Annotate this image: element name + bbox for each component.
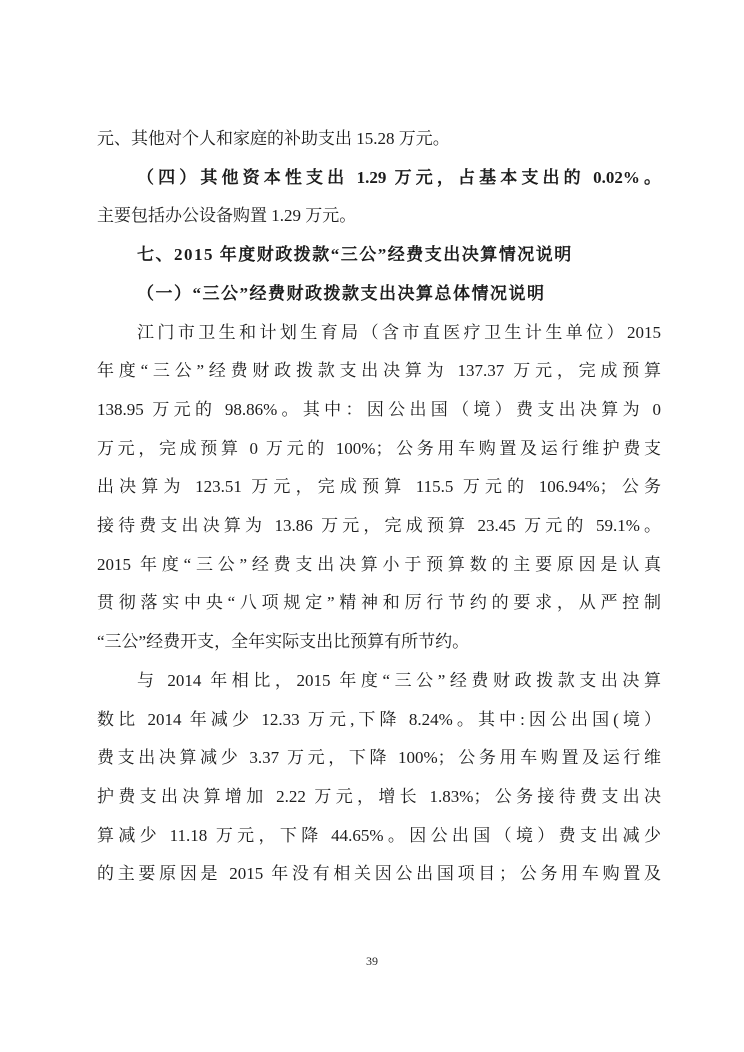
paragraph-line: 的主要原因是 2015 年没有相关因公出国项目；公务用车购置及 <box>97 855 661 894</box>
paragraph-line: 主要包括办公设备购置 1.29 万元。 <box>97 197 661 236</box>
subsection-heading-overall-situation: （一）“三公”经费财政拨款支出决算总体情况说明 <box>97 275 661 314</box>
page-number: 39 <box>0 951 744 971</box>
paragraph-line: 接待费支出决算为 13.86 万元，完成预算 23.45 万元的 59.1%。 <box>97 507 661 546</box>
paragraph-line: “三公”经费开支，全年实际支出比预算有所节约。 <box>97 623 661 662</box>
section-heading-three-public-funds: 七、2015 年度财政拨款“三公”经费支出决算情况说明 <box>97 236 661 275</box>
paragraph-line: 护费支出决算增加 2.22 万元，增长 1.83%；公务接待费支出决 <box>97 778 661 817</box>
paragraph-line: 万元，完成预算 0 万元的 100%；公务用车购置及运行维护费支 <box>97 430 661 469</box>
paragraph-line: 元、其他对个人和家庭的补助支出 15.28 万元。 <box>97 120 661 159</box>
paragraph-line: 算减少 11.18 万元，下降 44.65%。因公出国（境）费支出减少 <box>97 817 661 856</box>
paragraph-line: 费支出决算减少 3.37 万元，下降 100%；公务用车购置及运行维 <box>97 739 661 778</box>
paragraph-line: 出决算为 123.51 万元，完成预算 115.5 万元的 106.94%；公务 <box>97 468 661 507</box>
paragraph-line: 江门市卫生和计划生育局（含市直医疗卫生计生单位）2015 <box>97 314 661 353</box>
paragraph-line: 数比 2014 年减少 12.33 万元,下降 8.24%。其中:因公出国(境） <box>97 701 661 740</box>
document-body: 元、其他对个人和家庭的补助支出 15.28 万元。 （四）其他资本性支出 1.2… <box>97 120 661 894</box>
paragraph-line: 2015 年度“三公”经费支出决算小于预算数的主要原因是认真 <box>97 546 661 585</box>
document-page: 元、其他对个人和家庭的补助支出 15.28 万元。 （四）其他资本性支出 1.2… <box>0 0 744 1052</box>
paragraph-line: 138.95 万元的 98.86%。其中：因公出国（境）费支出决算为 0 <box>97 391 661 430</box>
paragraph-line: 年度“三公”经费财政拨款支出决算为 137.37 万元，完成预算 <box>97 352 661 391</box>
subheading-other-capital-expenditure: （四）其他资本性支出 1.29 万元，占基本支出的 0.02%。 <box>97 159 661 198</box>
paragraph-line: 与 2014 年相比，2015 年度“三公”经费财政拨款支出决算 <box>97 662 661 701</box>
paragraph-line: 贯彻落实中央“八项规定”精神和厉行节约的要求，从严控制 <box>97 584 661 623</box>
